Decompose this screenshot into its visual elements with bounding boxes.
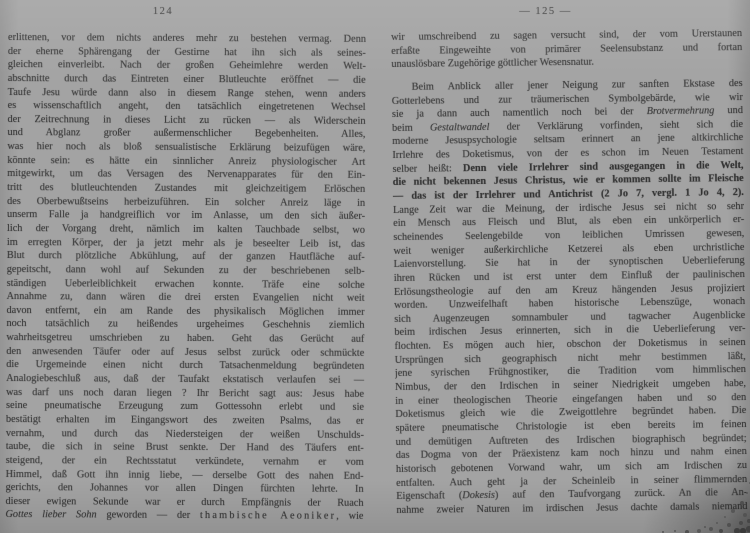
text-segment: noch tatsächlich zu heißendes urgeheimes… <box>6 318 364 331</box>
text-segment: Analogiebeschluß aus, daß der Taufakt ek… <box>6 373 364 386</box>
text-segment: der Zeitrechnung in dieses Licht zu rück… <box>8 114 366 127</box>
text-segment: und Abglanz großer außermenschlicher Beg… <box>7 127 365 140</box>
paragraph: wir umschreibend zu sagen versucht sind,… <box>391 27 742 72</box>
text-segment: steigend, der ein Rechtsstatut verkündet… <box>6 455 364 468</box>
text-line: nahme zweier Naturen im irdischen Jesus … <box>396 500 747 518</box>
text-line: erlittenen, vor dem nichts anderes mehr … <box>8 31 366 47</box>
text-segment: vernahm, und durch das Niedersteigen der… <box>6 428 364 441</box>
text-segment: es wissenschaftlich angeht, den tatsächl… <box>8 100 366 113</box>
text-segment: könnte sein: es hätte ein sinnlicher Anr… <box>7 155 365 168</box>
text-line: bestätigt erhalten im Eingangswort des z… <box>6 413 364 429</box>
text-segment: den anwesenden Täufer oder auf Jesus sel… <box>6 346 364 359</box>
text-segment: ) auf den Taufvorgang zurück. An die An- <box>495 487 747 501</box>
text-segment: erlittenen, vor dem nichts anderes mehr … <box>8 32 366 45</box>
text-line: lich der Vorgang dreht, nämlich im kalte… <box>7 222 365 238</box>
text-line: steigend, der ein Rechtsstatut verkündet… <box>6 454 364 470</box>
text-line: unauslösbare Zugehörige göttlicher Wesen… <box>391 54 742 72</box>
text-segment: Beim Anblick aller jener Neigung zur san… <box>412 78 743 93</box>
text-segment: was hier noch als bloß sensualistische E… <box>7 141 365 154</box>
paragraph: Beim Anblick aller jener Neigung zur san… <box>392 77 748 517</box>
text-segment: Gottes lieber Sohn <box>5 509 96 520</box>
text-segment: taube, die sich in seine Brust senkte. D… <box>6 441 364 454</box>
text-segment: Denn viele Irrlehrer sind ausgegangen in… <box>463 160 744 174</box>
text-segment: erfaßte Eingeweihte von primärer Seelens… <box>391 42 742 57</box>
right-page-body: wir umschreibend zu sagen versucht sind,… <box>391 27 747 517</box>
text-segment: geworden — der <box>97 510 200 522</box>
left-page: 124 erlittenen, vor dem nichts anderes m… <box>8 6 366 522</box>
text-segment: wahrheitsgetreu umschrieben zu haben. Ge… <box>6 332 364 345</box>
text-segment: der eherne Sphärengang der Gestirne hat … <box>8 46 366 59</box>
text-segment: ständigen Ueberleiblichkeit erwachen kon… <box>7 278 365 291</box>
text-segment: lich der Vorgang dreht, nämlich im kalte… <box>7 223 365 236</box>
text-segment: gepeitscht, dann wohl auf Sekunden zu de… <box>7 264 365 277</box>
text-segment: seine pneumatische Erzeugung zum Gottess… <box>6 400 364 413</box>
text-segment: beim <box>392 122 430 133</box>
text-segment: thambische Aeoniker <box>200 510 336 522</box>
text-segment: davon entfernt, ein am Rande des physika… <box>7 305 365 318</box>
text-segment: Taufe Jesu würde dann also in diesem Ran… <box>8 87 366 100</box>
text-segment: , wie <box>336 511 363 522</box>
left-page-body: erlittenen, vor dem nichts anderes mehr … <box>5 31 366 524</box>
text-segment: und <box>714 105 743 116</box>
text-line: Analogiebeschluß aus, daß der Taufakt ek… <box>6 372 364 388</box>
right-page: — 125 — wir umschreibend zu sagen versuc… <box>391 6 742 517</box>
text-line: abschnitte durch das Eintreten einer Blu… <box>8 72 366 88</box>
text-line: tritt des blutleuchtenden Zustandes mit … <box>7 181 365 197</box>
text-segment: Brotvermehrung <box>647 106 715 118</box>
text-line: gepeitscht, dann wohl auf Sekunden zu de… <box>7 263 365 279</box>
text-segment: Eigenschaft ( <box>396 490 462 502</box>
text-segment: Gestaltwandel <box>430 122 490 134</box>
text-segment: unserm Falle ja handgreiflich vor im Anl… <box>7 209 365 222</box>
text-segment: mitgewirkt, um das Versagen des Nervenap… <box>7 168 365 181</box>
page-number: — 125 — <box>370 6 721 20</box>
text-segment: Annahme zu, dann wären die drei ersten E… <box>7 291 365 304</box>
text-segment: dieser ewigen Sekunde war er durch Empfä… <box>6 496 364 509</box>
text-line: Gottes lieber Sohn geworden — der thambi… <box>5 508 363 524</box>
text-segment: im erregten Körper, der ja jetzt mehr al… <box>7 237 365 250</box>
text-segment: gerichts, den Johannes vor allen Dingen … <box>6 482 364 495</box>
text-segment: tritt des blutleuchtenden Zustandes mit … <box>7 182 365 195</box>
text-segment: gleichen einverleibt. Nach der großen Ge… <box>8 59 366 72</box>
text-segment: Blut durch plötzliche Abkühlung, auf der… <box>7 250 365 263</box>
text-segment: was darf uns noch daran liegen ? Ihr Ber… <box>6 387 364 400</box>
page-number: 124 <box>0 6 342 20</box>
text-segment: des Oberbewußtseins herbeizuführen. Ein … <box>7 196 365 209</box>
text-segment: unauslösbare Zugehörige göttlicher Wesen… <box>391 57 594 70</box>
text-segment: sie ja dann auch namentlich noch bei der <box>392 106 647 120</box>
text-segment: selber heißt: <box>393 163 464 175</box>
text-segment: die Urgemeinde einen nicht durch Tatsach… <box>6 359 364 372</box>
text-segment: Himmel, daß Gott ihn innig liebe, — ders… <box>6 468 364 481</box>
book-scan: 124 erlittenen, vor dem nichts anderes m… <box>0 0 750 533</box>
text-segment: Dokesis <box>462 490 495 501</box>
text-segment: bestätigt erhalten im Eingangswort des z… <box>6 414 364 427</box>
text-segment: nahme zweier Naturen im irdischen Jesus … <box>396 501 747 516</box>
text-segment: abschnitte durch das Eintreten einer Blu… <box>8 73 366 86</box>
text-segment: der Verklärung vorfinden, sieht sich die <box>489 119 743 133</box>
paragraph: erlittenen, vor dem nichts anderes mehr … <box>5 31 366 524</box>
